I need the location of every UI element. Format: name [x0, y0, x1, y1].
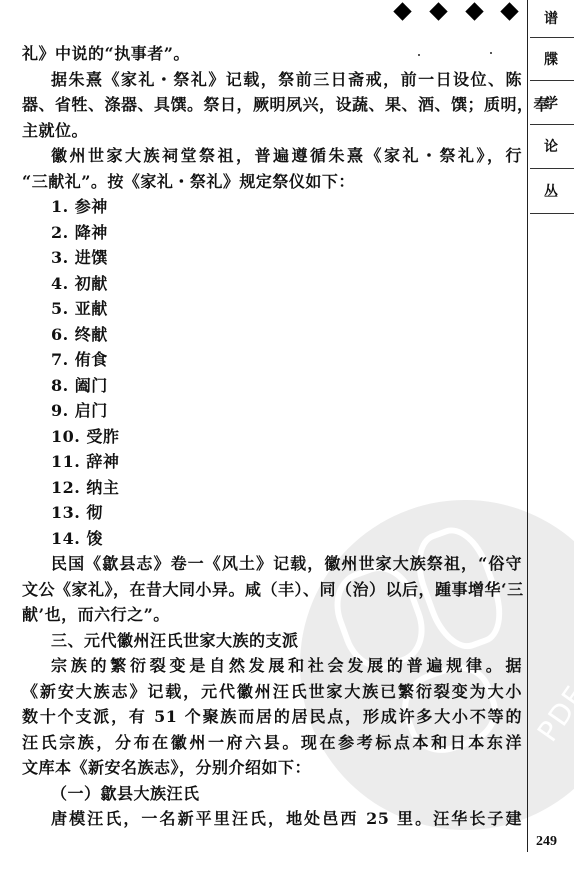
ritual-steps-list: 1. 参神 2. 降神 3. 进馔 4. 初献 5. 亚献 6. 终献 7. 侑… — [22, 194, 522, 551]
list-item: 9. 启门 — [22, 398, 522, 424]
diamond-icon — [429, 2, 447, 20]
paragraph-start-line: 民国《歙县志》卷一《风土》记载，徽州世家大族祭祖，“俗守 — [22, 551, 522, 577]
sidebar-divider — [530, 213, 574, 214]
diamond-icon — [465, 2, 483, 20]
diamond-icon — [500, 2, 518, 20]
paragraph-start-line: 宗族的繁衍裂变是自然发展和社会发展的普遍规律。据 — [22, 653, 522, 679]
text-line: 文库本《新安名族志》，分别介绍如下： — [22, 755, 522, 781]
page-number: 249 — [536, 834, 557, 850]
list-item: 8. 阖门 — [22, 373, 522, 399]
body-text: 礼》中说的“执事者”。 据朱熹《家礼・祭礼》记载，祭前三日斋戒，前一日设位、陈 … — [22, 41, 522, 832]
subsection-heading: （一）歙县大族汪氏 — [22, 781, 522, 807]
text-line: 数十个支派，有 51 个聚族而居的居民点，形成许多大小不等的 — [22, 704, 522, 730]
text-line: 主就位。 — [22, 118, 522, 144]
margin-rule — [527, 0, 528, 852]
list-item: 13. 彻 — [22, 500, 522, 526]
list-item: 7. 侑食 — [22, 347, 522, 373]
list-item: 14. 馂 — [22, 526, 522, 552]
sidebar-divider — [530, 168, 574, 169]
text-line: “三献礼”。按《家礼・祭礼》规定祭仪如下： — [22, 169, 522, 195]
list-item: 2. 降神 — [22, 220, 522, 246]
paragraph-start-line: 据朱熹《家礼・祭礼》记载，祭前三日斋戒，前一日设位、陈 — [22, 67, 522, 93]
sidebar-divider — [530, 124, 574, 125]
sidebar-char: 牒 — [528, 49, 574, 69]
paragraph-start-line: 唐模汪氏，一名新平里汪氏，地处邑西 25 里。汪华长子建 — [22, 806, 522, 832]
text-line: 《新安大族志》记载，元代徽州汪氏世家大族已繁衍裂变为大小 — [22, 679, 522, 705]
list-item: 5. 亚献 — [22, 296, 522, 322]
list-item: 12. 纳主 — [22, 475, 522, 501]
text-line: 献’也，而六行之”。 — [22, 602, 522, 628]
list-item: 11. 辞神 — [22, 449, 522, 475]
diamond-icon — [393, 2, 411, 20]
section-heading: 三、元代徽州汪氏世家大族的支派 — [22, 628, 522, 654]
list-item: 3. 进馔 — [22, 245, 522, 271]
sidebar-char: 谱 — [528, 8, 574, 28]
text-line: 汪氏宗族，分布在徽州一府六县。现在参考标点本和日本东洋 — [22, 730, 522, 756]
sidebar-char: 丛 — [528, 181, 574, 201]
text-line: 器、省牲、涤器、具馔。祭日，厥明夙兴，设蔬、果、酒、馔；质明，奉 — [22, 92, 522, 118]
sidebar-divider — [530, 80, 574, 81]
list-item: 6. 终献 — [22, 322, 522, 348]
list-item: 10. 受胙 — [22, 424, 522, 450]
list-item: 1. 参神 — [22, 194, 522, 220]
watermark-text: PDF — [531, 679, 574, 748]
sidebar-divider — [530, 37, 574, 38]
text-line: 文公《家礼》，在昔大同小异。咸（丰）、同（治）以后，踵事增华‘三 — [22, 577, 522, 603]
text-line: 礼》中说的“执事者”。 — [22, 41, 522, 67]
sidebar-char: 论 — [528, 136, 574, 156]
paragraph-start-line: 徽州世家大族祠堂祭祖，普遍遵循朱熹《家礼・祭礼》，行 — [22, 143, 522, 169]
list-item: 4. 初献 — [22, 271, 522, 297]
